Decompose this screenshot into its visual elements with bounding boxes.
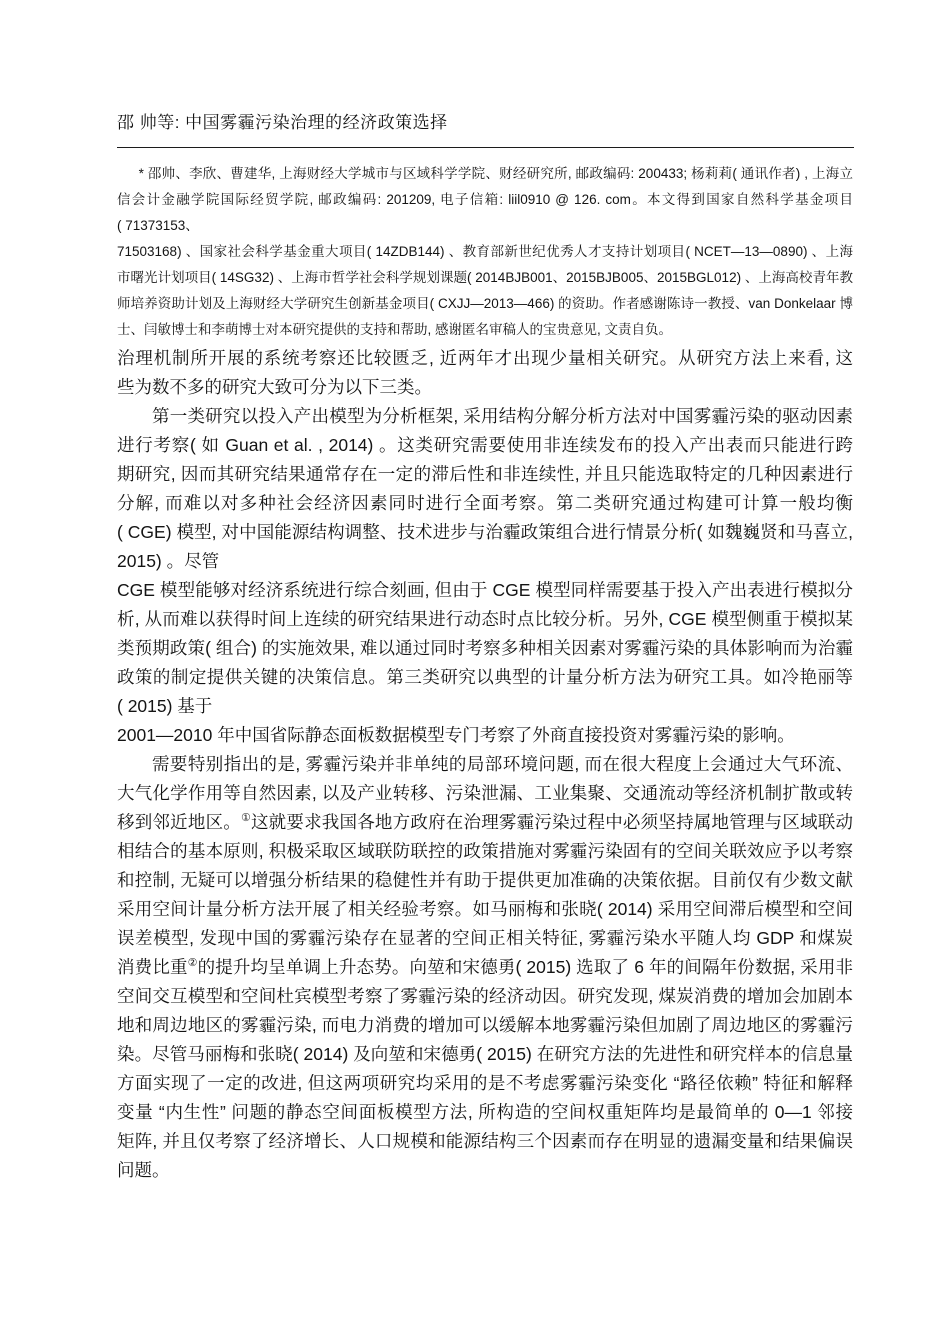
text-line: 进行考察( 如 Guan et al. , 2014) 。这类研究需要使用非连续… (117, 431, 853, 460)
text-line: 治理机制所开展的系统考察还比较匮乏, 近两年才出现少量相关研究。从研究方法上来看… (117, 344, 853, 373)
text-line: ( 2015) 基于 (117, 692, 853, 721)
text-line: 析, 从而难以获得时间上连续的研究结果进行动态时点比较分析。另外, CGE 模型… (117, 605, 853, 634)
text-line: 71503168) 、国家社会科学基金重大项目( 14ZDB144) 、教育部新… (117, 239, 853, 265)
text-line: CGE 模型能够对经济系统进行综合刻画, 但由于 CGE 模型同样需要基于投入产… (117, 576, 853, 605)
body-text-block: 治理机制所开展的系统考察还比较匮乏, 近两年才出现少量相关研究。从研究方法上来看… (117, 344, 853, 1185)
text-line: ( CGE) 模型, 对中国能源结构调整、技术进步与治霾政策组合进行情景分析( … (117, 518, 853, 547)
text-line: * 邵帅、李欣、曹建华, 上海财经大学城市与区域科学学院、财经研究所, 邮政编码… (117, 161, 853, 187)
text-line: 移到邻近地区。①这就要求我国各地方政府在治理雾霾污染过程中必须坚持属地管理与区域… (117, 808, 853, 837)
text-line: 市曙光计划项目( 14SG32) 、上海市哲学社会科学规划课题( 2014BJB… (117, 265, 853, 291)
text-line: 政策的制定提供关键的决策信息。第三类研究以典型的计量分析方法为研究工具。如冷艳丽… (117, 663, 853, 692)
text-line: ( 71373153、 (117, 213, 853, 239)
paper-page: 邵 帅等: 中国雾霾污染治理的经济政策选择 * 邵帅、李欣、曹建华, 上海财经大… (0, 0, 950, 1344)
text-line: 采用空间计量分析方法开展了相关经验考察。如马丽梅和张晓( 2014) 采用空间滞… (117, 895, 853, 924)
running-header: 邵 帅等: 中国雾霾污染治理的经济政策选择 (117, 112, 853, 134)
text-line: 信会计金融学院国际经贸学院, 邮政编码: 201209, 电子信箱: liil0… (117, 187, 853, 213)
text-line: 空间交互模型和空间杜宾模型考察了雾霾污染的经济动因。研究发现, 煤炭消费的增加会… (117, 982, 853, 1011)
text-line: 染。尽管马丽梅和张晓( 2014) 及向堃和宋德勇( 2015) 在研究方法的先… (117, 1040, 853, 1069)
text-line: 类预期政策( 组合) 的实施效果, 难以通过同时考察多种相关因素对雾霾污染的具体… (117, 634, 853, 663)
text-line: 矩阵, 并且仅考察了经济增长、人口规模和能源结构三个因素而存在明显的遗漏变量和结… (117, 1127, 853, 1156)
footnote-marker: ① (241, 812, 251, 824)
header-rule (117, 147, 854, 148)
footnote-marker: ② (188, 957, 198, 969)
text-line: 第一类研究以投入产出模型为分析框架, 采用结构分解分析方法对中国雾霾污染的驱动因… (117, 402, 853, 431)
text-line: 消费比重②的提升均呈单调上升态势。向堃和宋德勇( 2015) 选取了 6 年的间… (117, 953, 853, 982)
text-line: 误差模型, 发现中国的雾霾污染存在显著的空间正相关特征, 雾霾污染水平随人均 G… (117, 924, 853, 953)
text-line: 2015) 。尽管 (117, 547, 853, 576)
text-line: 期研究, 因而其研究结果通常存在一定的滞后性和非连续性, 并且只能选取特定的几种… (117, 460, 853, 489)
text-line: 变量 “内生性” 问题的静态空间面板模型方法, 所构造的空间权重矩阵均是最简单的… (117, 1098, 853, 1127)
text-line: 地和周边地区的雾霾污染, 而电力消费的增加可以缓解本地雾霾污染但加剧了周边地区的… (117, 1011, 853, 1040)
text-line: 师培养资助计划及上海财经大学研究生创新基金项目( CXJJ—2013—466) … (117, 291, 853, 317)
text-line: 和控制, 无疑可以增强分析结果的稳健性并有助于提供更加准确的决策依据。目前仅有少… (117, 866, 853, 895)
text-line: 相结合的基本原则, 积极采取区域联防联控的政策措施对雾霾污染固有的空间关联效应予… (117, 837, 853, 866)
text-line: 需要特别指出的是, 雾霾污染并非单纯的局部环境问题, 而在很大程度上会通过大气环… (117, 750, 853, 779)
text-line: 分解, 而难以对多种社会经济因素同时进行全面考察。第二类研究通过构建可计算一般均… (117, 489, 853, 518)
text-line: 士、闫敏博士和李萌博士对本研究提供的支持和帮助, 感谢匿名审稿人的宝贵意见, 文… (117, 317, 853, 343)
footnote-block: * 邵帅、李欣、曹建华, 上海财经大学城市与区域科学学院、财经研究所, 邮政编码… (117, 161, 853, 343)
text-line: 问题。 (117, 1156, 853, 1185)
text-line: 大气化学作用等自然因素, 以及产业转移、污染泄漏、工业集聚、交通流动等经济机制扩… (117, 779, 853, 808)
text-line: 方面实现了一定的改进, 但这两项研究均采用的是不考虑雾霾污染变化 “路径依赖” … (117, 1069, 853, 1098)
text-line: 些为数不多的研究大致可分为以下三类。 (117, 373, 853, 402)
text-line: 2001—2010 年中国省际静态面板数据模型专门考察了外商直接投资对雾霾污染的… (117, 721, 853, 750)
